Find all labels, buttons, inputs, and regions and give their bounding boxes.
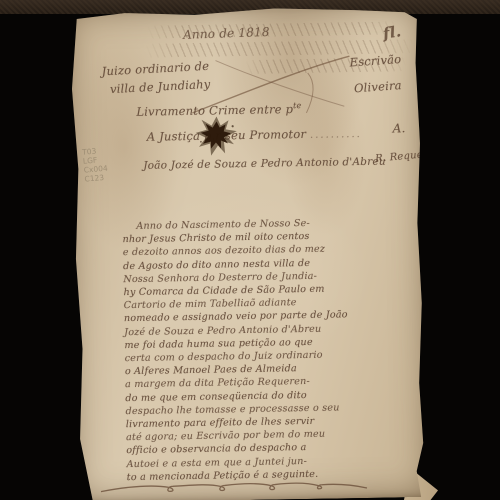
case-type-superscript: te: [293, 101, 302, 110]
year-heading: Anno de 1818: [183, 25, 270, 42]
manuscript-sheet: Anno de 1818 fl. Juizo ordinario de vill…: [65, 3, 432, 500]
reus-mark: R. Requer.: [375, 149, 431, 165]
leader-dots: ..........: [310, 129, 362, 141]
autor-mark: A.: [393, 121, 406, 135]
folio-rubric: fl.: [382, 22, 403, 43]
defendants-line: João Jozé de Souza e Pedro Antonio d'Abr…: [143, 156, 386, 172]
body-paragraph: Anno do Nascimento de Nosso Se- nhor Jes…: [122, 215, 399, 484]
plaintiff-line: A Justiça p.r seu Promotor ..........: [147, 126, 362, 144]
bottom-flourish-rule: [99, 476, 371, 497]
ink-blot: [194, 114, 239, 161]
scanned-manuscript-page: Anno de 1818 fl. Juizo ordinario de vill…: [0, 0, 500, 500]
pencil-note-line: C123: [84, 173, 109, 184]
pencil-archival-note: T03 LGF Cx004 C123: [82, 146, 109, 184]
escrivao-name: Oliveira: [354, 78, 403, 95]
